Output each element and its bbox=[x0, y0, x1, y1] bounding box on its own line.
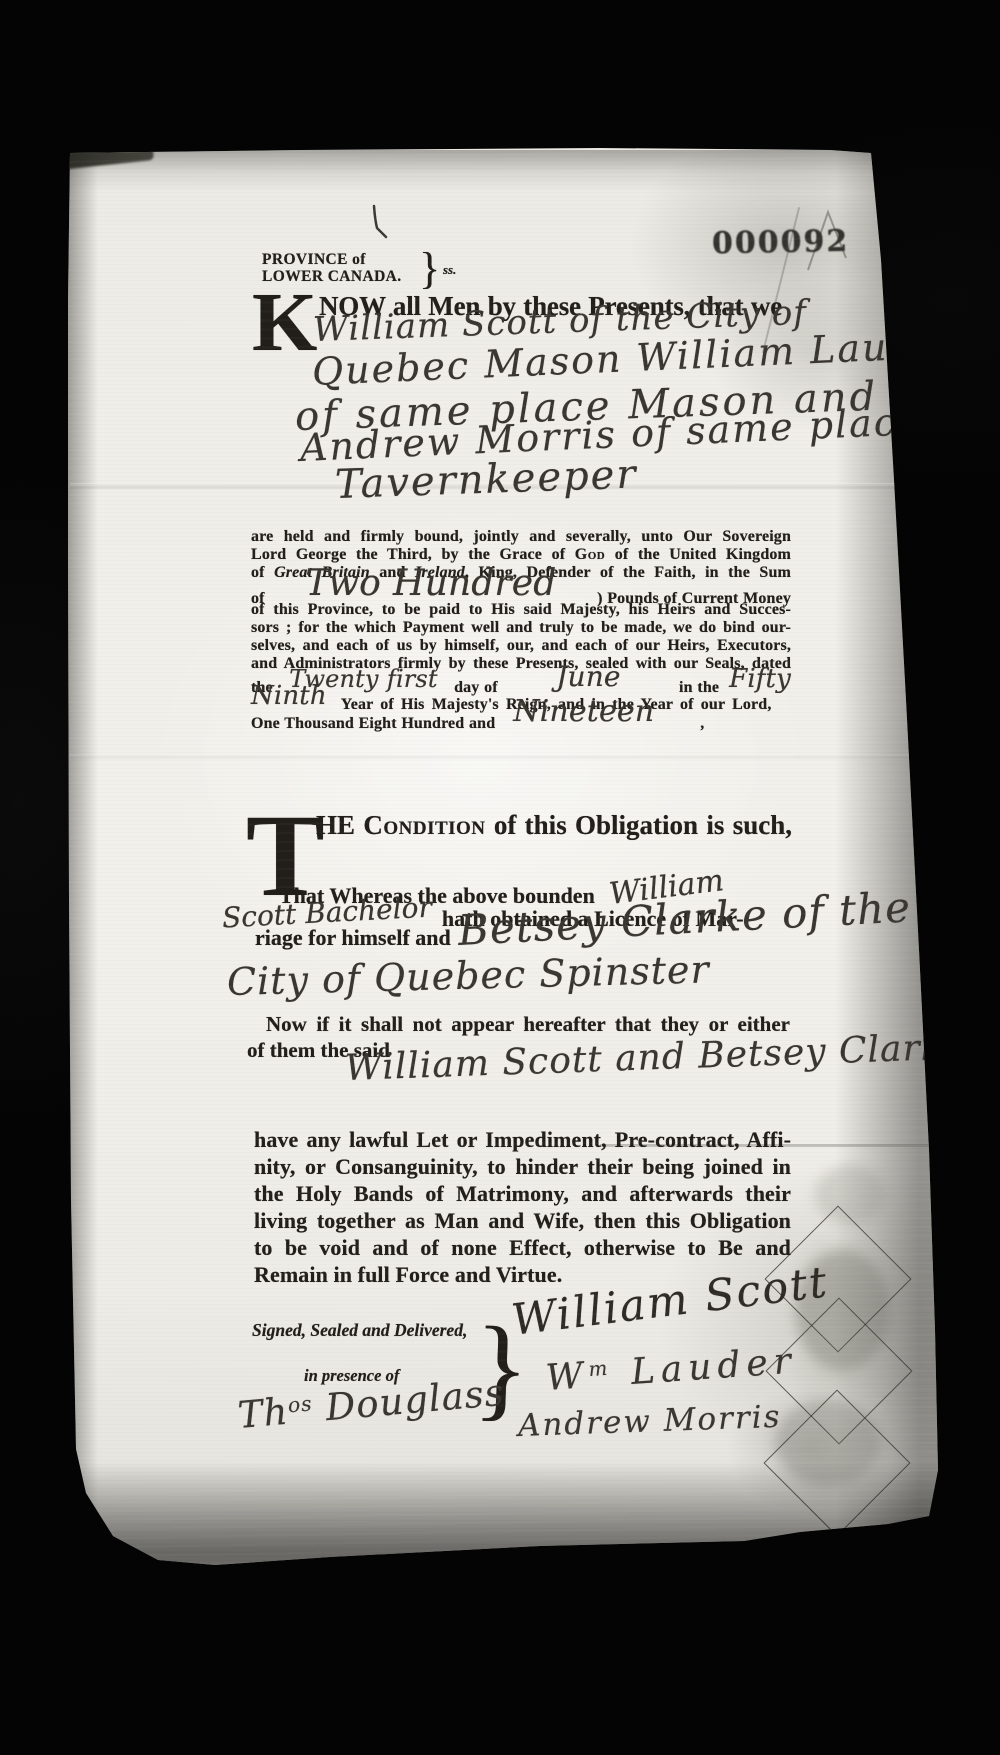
document-page: PROVINCE of LOWER CANADA. } ss. 000092 K… bbox=[0, 0, 1000, 1755]
scanned-document-frame: PROVINCE of LOWER CANADA. } ss. 000092 K… bbox=[0, 0, 1000, 1755]
page-corner-curl bbox=[0, 0, 112, 120]
scan-texture-overlay bbox=[0, 0, 1000, 1755]
